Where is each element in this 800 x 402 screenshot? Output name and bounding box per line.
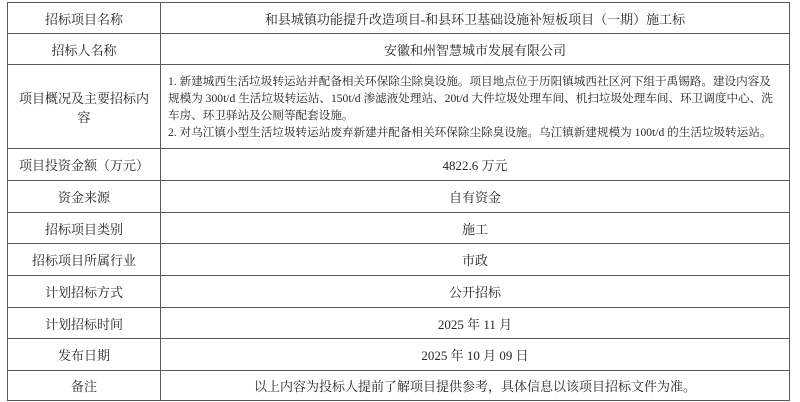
remarks-label: 备注 [8, 371, 161, 401]
tender-notice-page: 招标项目名称 和县城镇功能提升改造项目-和县环卫基础设施补短板项目（一期）施工标… [0, 0, 800, 402]
industry-value: 市政 [161, 244, 790, 276]
table-row-publish-date: 发布日期 2025 年 10 月 09 日 [8, 339, 790, 371]
project-name-value: 和县城镇功能提升改造项目-和县环卫基础设施补短板项目（一期）施工标 [161, 3, 790, 34]
table-row-industry: 招标项目所属行业 市政 [8, 244, 790, 276]
planned-bidding-time-value: 2025 年 11 月 [161, 308, 790, 339]
project-name-label: 招标项目名称 [8, 3, 161, 34]
bidder-name-label: 招标人名称 [8, 34, 161, 65]
industry-label: 招标项目所属行业 [8, 244, 161, 276]
bidder-name-value: 安徽和州智慧城市发展有限公司 [161, 34, 790, 65]
project-category-label: 招标项目类别 [8, 213, 161, 244]
table-row-funding-source: 资金来源 自有资金 [8, 181, 790, 213]
investment-amount-label: 项目投资金额（万元） [8, 149, 161, 181]
table-row-bidding-method: 计划招标方式 公开招标 [8, 276, 790, 308]
table-row-project-name: 招标项目名称 和县城镇功能提升改造项目-和县环卫基础设施补短板项目（一期）施工标 [8, 3, 790, 34]
publish-date-value: 2025 年 10 月 09 日 [161, 339, 790, 371]
remarks-value: 以上内容为投标人提前了解项目提供参考，具体信息以该项目招标文件为准。 [161, 371, 790, 401]
project-overview-label: 项目概况及主要招标内容 [8, 65, 161, 149]
bidding-method-label: 计划招标方式 [8, 276, 161, 308]
table-row-bidder-name: 招标人名称 安徽和州智慧城市发展有限公司 [8, 34, 790, 65]
table-row-project-overview: 项目概况及主要招标内容 1. 新建城西生活垃圾转运站并配备相关环保除尘除臭设施。… [8, 65, 790, 149]
funding-source-label: 资金来源 [8, 181, 161, 213]
funding-source-value: 自有资金 [161, 181, 790, 213]
tender-info-table: 招标项目名称 和县城镇功能提升改造项目-和县环卫基础设施补短板项目（一期）施工标… [7, 2, 790, 401]
table-row-project-category: 招标项目类别 施工 [8, 213, 790, 244]
table-row-investment-amount: 项目投资金额（万元） 4822.6 万元 [8, 149, 790, 181]
project-category-value: 施工 [161, 213, 790, 244]
planned-bidding-time-label: 计划招标时间 [8, 308, 161, 339]
table-row-planned-bidding-time: 计划招标时间 2025 年 11 月 [8, 308, 790, 339]
table-row-remarks: 备注 以上内容为投标人提前了解项目提供参考，具体信息以该项目招标文件为准。 [8, 371, 790, 401]
bidding-method-value: 公开招标 [161, 276, 790, 308]
investment-amount-value: 4822.6 万元 [161, 149, 790, 181]
project-overview-value: 1. 新建城西生活垃圾转运站并配备相关环保除尘除臭设施。项目地点位于历阳镇城西社… [161, 65, 790, 149]
publish-date-label: 发布日期 [8, 339, 161, 371]
